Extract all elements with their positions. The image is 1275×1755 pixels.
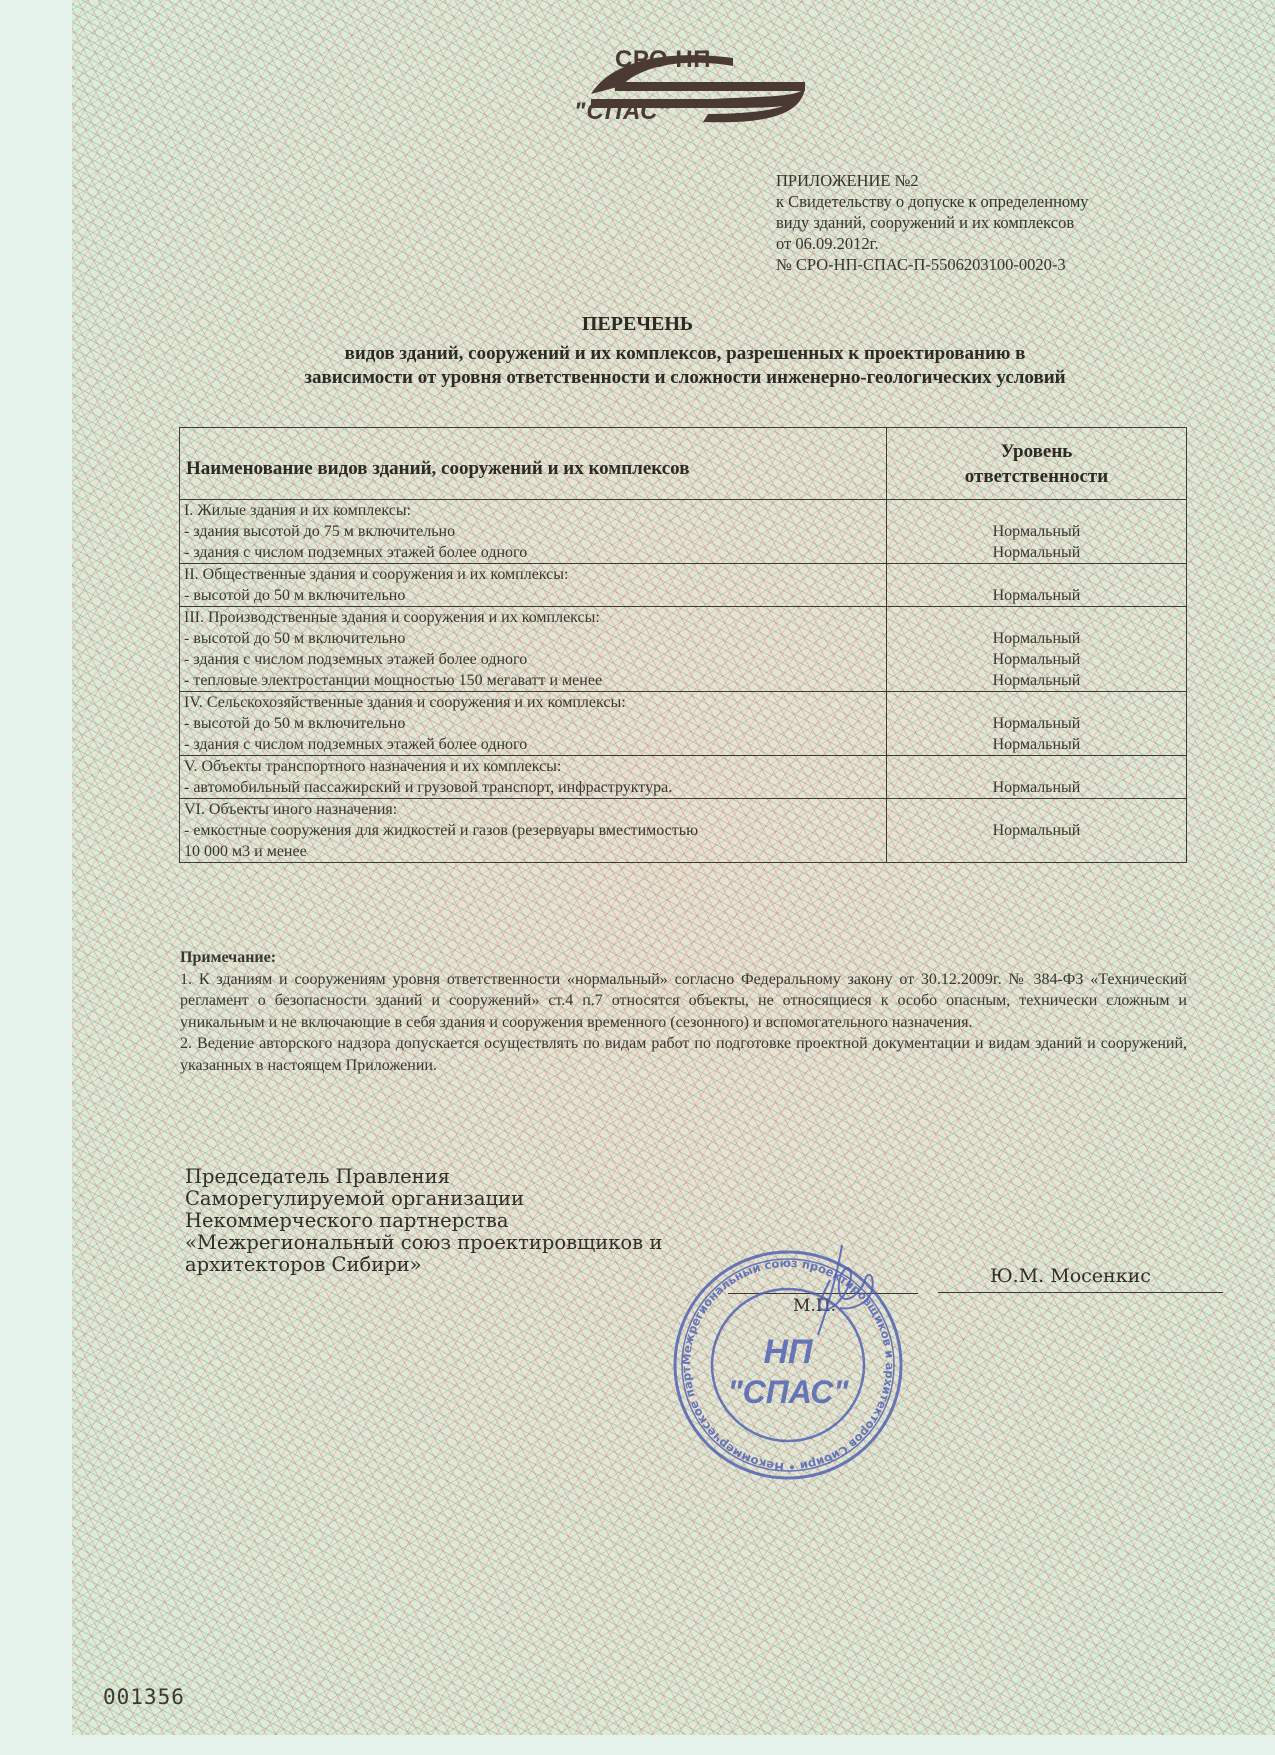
category-item: - здания высотой до 75 м включительно — [184, 521, 882, 542]
responsibility-level-cell: Нормальный — [887, 564, 1187, 607]
category-item: - высотой до 50 м включительно — [184, 713, 882, 734]
responsibility-level: Нормальный — [891, 777, 1182, 798]
responsibility-level-cell: НормальныйНормальный — [887, 500, 1187, 564]
responsibility-level: Нормальный — [891, 649, 1182, 670]
header-level-line: ответственности — [891, 464, 1182, 489]
logo-bottom-text: "СПАС" — [574, 98, 671, 126]
category-title: I. Жилые здания и их комплексы: — [184, 500, 882, 521]
name-line — [938, 1292, 1223, 1293]
building-types-table: Наименование видов зданий, сооружений и … — [179, 427, 1187, 863]
table-row: VI. Объекты иного назначения:- емкостные… — [180, 799, 1187, 863]
document-title: ПЕРЕЧЕНЬ — [0, 313, 1275, 336]
responsibility-level-cell: НормальныйНормальныйНормальный — [887, 607, 1187, 692]
column-header-level: Уровень ответственности — [887, 428, 1187, 500]
building-type-cell: II. Общественные здания и сооружения и и… — [180, 564, 887, 607]
position-line: Саморегулируемой организации — [185, 1188, 662, 1210]
notes-section: Примечание: 1. К зданиям и сооружениям у… — [180, 947, 1187, 1076]
responsibility-level-cell: НормальныйНормальный — [887, 692, 1187, 756]
page-margin — [0, 1735, 1275, 1755]
position-line: Председатель Правления — [185, 1166, 662, 1188]
building-type-cell: VI. Объекты иного назначения:- емкостные… — [180, 799, 887, 863]
responsibility-level: Нормальный — [891, 820, 1182, 841]
category-item: 10 000 м3 и менее — [184, 841, 882, 862]
table-row: II. Общественные здания и сооружения и и… — [180, 564, 1187, 607]
category-item: - здания с числом подземных этажей более… — [184, 649, 882, 670]
column-header-name: Наименование видов зданий, сооружений и … — [180, 428, 887, 500]
table-row: IV. Сельскохозяйственные здания и сооруж… — [180, 692, 1187, 756]
logo-top-text: СРО НП — [615, 46, 711, 74]
category-item: - емкостные сооружения для жидкостей и г… — [184, 820, 882, 841]
building-type-cell: IV. Сельскохозяйственные здания и сооруж… — [180, 692, 887, 756]
table-header-row: Наименование видов зданий, сооружений и … — [180, 428, 1187, 500]
category-item: - тепловые электростанции мощностью 150 … — [184, 670, 882, 691]
category-item: - высотой до 50 м включительно — [184, 585, 882, 606]
note-item: 1. К зданиям и сооружениям уровня ответс… — [180, 969, 1187, 1034]
appendix-certificate-number: № СРО-НП-СПАС-П-5506203100-0020-3 — [776, 254, 1089, 275]
signer-name: Ю.М. Мосенкис — [990, 1265, 1151, 1287]
responsibility-level: Нормальный — [891, 670, 1182, 691]
subtitle-line: видов зданий, сооружений и их комплексов… — [180, 342, 1190, 366]
category-title: IV. Сельскохозяйственные здания и сооруж… — [184, 692, 882, 713]
category-title: III. Производственные здания и сооружени… — [184, 607, 882, 628]
category-item: - здания с числом подземных этажей более… — [184, 542, 882, 563]
responsibility-level-cell: Нормальный — [887, 799, 1187, 863]
building-type-cell: I. Жилые здания и их комплексы:- здания … — [180, 500, 887, 564]
document-subtitle: видов зданий, сооружений и их комплексов… — [180, 342, 1190, 390]
category-title: V. Объекты транспортного назначения и их… — [184, 756, 882, 777]
appendix-header: ПРИЛОЖЕНИЕ №2 к Свидетельству о допуске … — [776, 170, 1089, 275]
appendix-line: к Свидетельству о допуске к определенном… — [776, 191, 1089, 212]
category-item: - автомобильный пассажирский и грузовой … — [184, 777, 882, 798]
category-title: VI. Объекты иного назначения: — [184, 799, 882, 820]
responsibility-level-cell: Нормальный — [887, 756, 1187, 799]
responsibility-level: Нормальный — [891, 521, 1182, 542]
handwritten-signature-icon — [780, 1240, 900, 1340]
position-line: Некоммерческого партнерства — [185, 1210, 662, 1232]
responsibility-level: Нормальный — [891, 734, 1182, 755]
responsibility-level: Нормальный — [891, 585, 1182, 606]
category-item: - высотой до 50 м включительно — [184, 628, 882, 649]
note-item: 2. Ведение авторского надзора допускаетс… — [180, 1033, 1187, 1076]
category-item: - здания с числом подземных этажей более… — [184, 734, 882, 755]
building-type-cell: V. Объекты транспортного назначения и их… — [180, 756, 887, 799]
building-type-cell: III. Производственные здания и сооружени… — [180, 607, 887, 692]
appendix-line: виду зданий, сооружений и их комплексов — [776, 212, 1089, 233]
category-title: II. Общественные здания и сооружения и и… — [184, 564, 882, 585]
header-level-line: Уровень — [891, 439, 1182, 464]
svg-text:"СПАС": "СПАС" — [727, 1374, 849, 1410]
appendix-date: от 06.09.2012г. — [776, 233, 1089, 254]
table-row: III. Производственные здания и сооружени… — [180, 607, 1187, 692]
responsibility-level: Нормальный — [891, 542, 1182, 563]
signatory-position: Председатель Правления Саморегулируемой … — [185, 1166, 662, 1276]
serial-number: 001356 — [103, 1685, 185, 1709]
subtitle-line: зависимости от уровня ответственности и … — [180, 366, 1190, 390]
appendix-title: ПРИЛОЖЕНИЕ №2 — [776, 170, 1089, 191]
responsibility-level: Нормальный — [891, 713, 1182, 734]
table-row: V. Объекты транспортного назначения и их… — [180, 756, 1187, 799]
position-line: архитекторов Сибири» — [185, 1254, 662, 1276]
responsibility-level: Нормальный — [891, 628, 1182, 649]
position-line: «Межрегиональный союз проектировщиков и — [185, 1232, 662, 1254]
table-row: I. Жилые здания и их комплексы:- здания … — [180, 500, 1187, 564]
notes-heading: Примечание: — [180, 947, 1187, 969]
